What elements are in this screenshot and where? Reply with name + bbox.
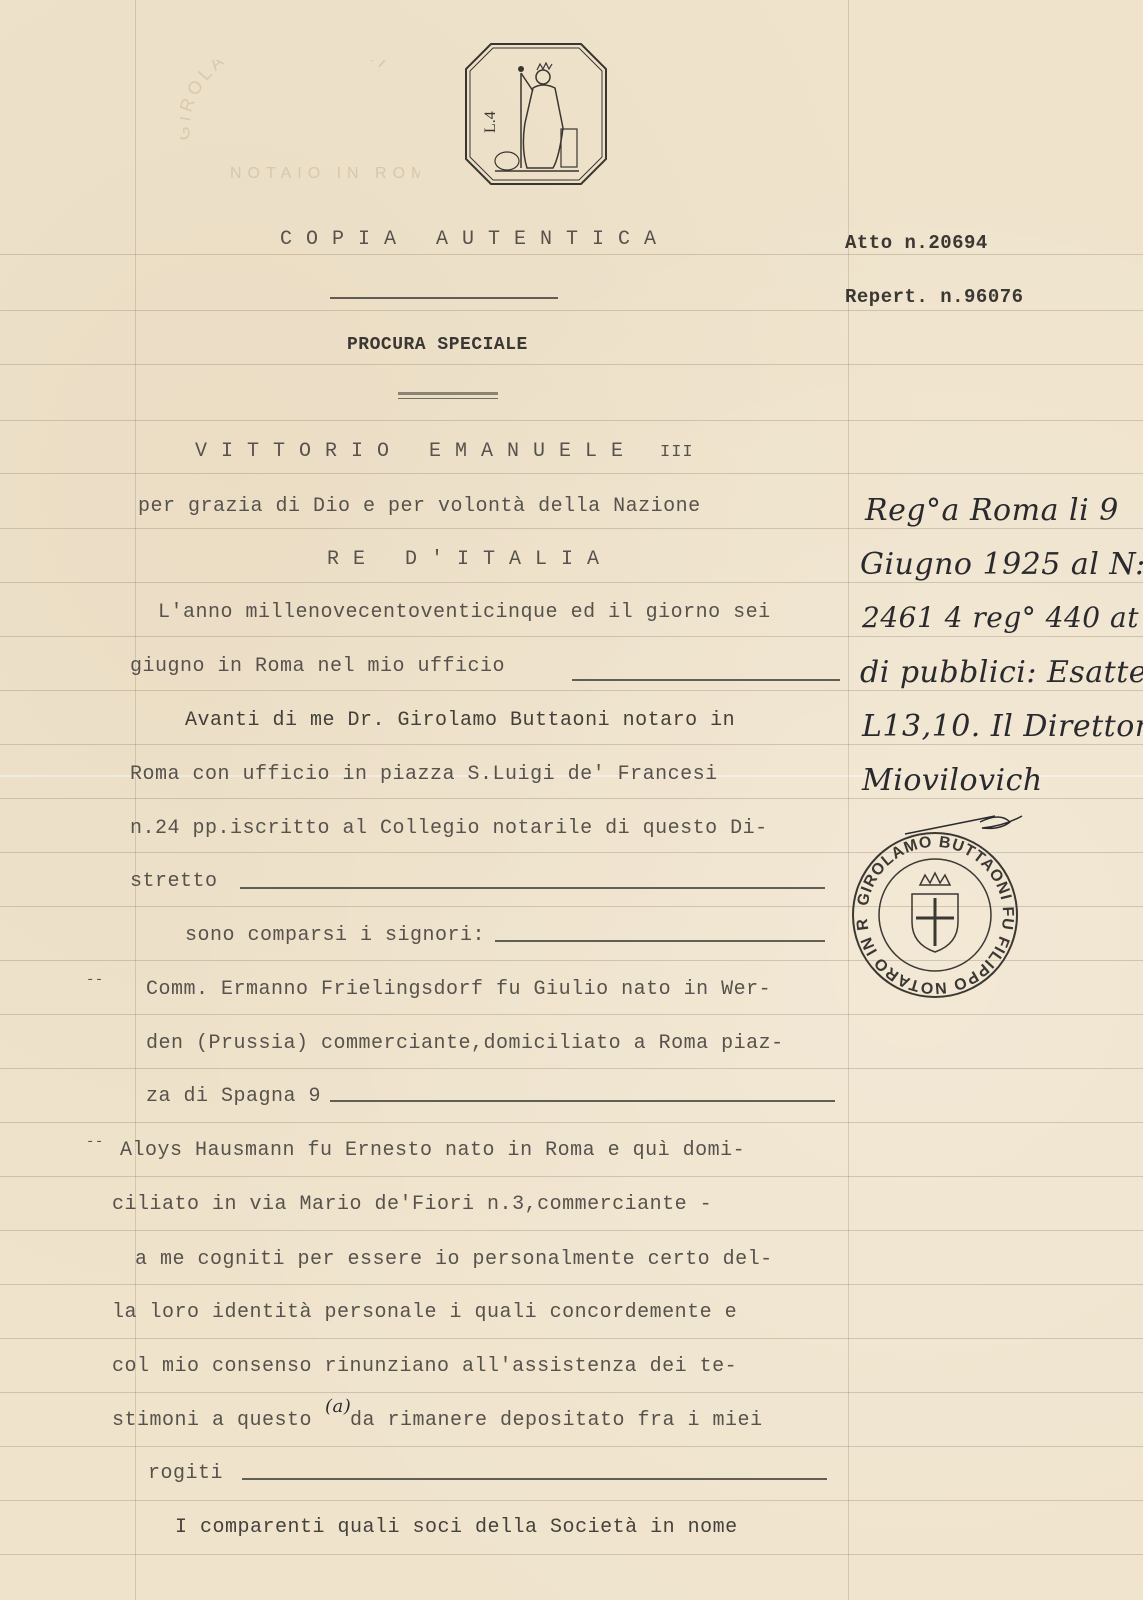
body-line: col mio consenso rinunziano all'assisten… <box>112 1355 737 1378</box>
list-marker: -- <box>86 972 104 988</box>
revenue-stamp: L.4 <box>465 43 607 190</box>
fill-line <box>242 1478 827 1480</box>
sovereign-name: VITTORIO EMANUELE <box>195 440 637 463</box>
sovereign-numeral: III <box>660 443 694 462</box>
sovereign-formula: per grazia di Dio e per volontà della Na… <box>138 495 701 518</box>
repertorio-number: Repert. n.96076 <box>845 286 1024 308</box>
document-title: COPIA AUTENTICA <box>280 228 670 251</box>
title-underline <box>330 297 558 299</box>
party-line: den (Prussia) commerciante,domiciliato a… <box>146 1032 784 1055</box>
marginal-note-line: Giugno 1925 al N: <box>860 547 1143 582</box>
body-line: sono comparsi i signori: <box>185 924 485 947</box>
notary-seal-icon: GIROLAMO BUTTAONI FU FILIPPO NOTARO IN R… <box>850 830 1020 1000</box>
subtitle-ornament <box>398 392 498 395</box>
body-line: Roma con ufficio in piazza S.Luigi de' F… <box>130 763 718 786</box>
ruled-line <box>0 1230 1143 1231</box>
ruled-line <box>0 690 1143 691</box>
party-line: Aloys Hausmann fu Ernesto nato in Roma e… <box>120 1139 745 1162</box>
atto-number: Atto n.20694 <box>845 232 988 254</box>
ruled-line <box>0 744 1143 745</box>
svg-text:NOTAIO IN ROMA: NOTAIO IN ROMA <box>230 165 420 182</box>
ruled-line <box>0 798 1143 799</box>
party-line: za di Spagna 9 <box>146 1085 321 1108</box>
ruled-line <box>0 1284 1143 1285</box>
party-line: Comm. Ermanno Frielingsdorf fu Giulio na… <box>146 978 771 1001</box>
ruled-line <box>0 636 1143 637</box>
ruled-line <box>0 528 1143 529</box>
body-line: a me cogniti per essere io personalmente… <box>135 1248 773 1271</box>
revenue-stamp-icon: L.4 <box>465 43 607 185</box>
ruled-line <box>0 1392 1143 1393</box>
ruled-line <box>0 1068 1143 1069</box>
ruled-line <box>0 582 1143 583</box>
body-line: stretto <box>130 870 218 893</box>
marginal-note-line: di pubblici: Esatte <box>860 655 1143 690</box>
document-page: GIROLAMO BUTTAONI NOTAIO IN ROMA L.4 COP… <box>0 0 1143 1600</box>
ruled-line <box>0 1176 1143 1177</box>
body-line: Avanti di me Dr. Girolamo Buttaoni notar… <box>185 709 735 732</box>
fill-line <box>495 940 825 942</box>
insertion-mark: (a) <box>325 1396 351 1417</box>
body-line: da rimanere depositato fra i miei <box>350 1409 763 1432</box>
ruled-line <box>0 1014 1143 1015</box>
sovereign-title: RE D'ITALIA <box>327 548 613 571</box>
ruled-line <box>0 420 1143 421</box>
marginal-note-line: Miovilovich <box>862 763 1043 798</box>
svg-text:GIROLAMO BUTTAONI: GIROLAMO BUTTAONI <box>180 60 394 140</box>
body-line: la loro identità personale i quali conco… <box>112 1301 737 1324</box>
ruled-line <box>0 1122 1143 1123</box>
subtitle-ornament <box>398 398 498 399</box>
marginal-note-line: L13,10. Il Direttore: <box>862 709 1143 744</box>
body-line: giugno in Roma nel mio ufficio <box>130 655 505 678</box>
fill-line <box>240 887 825 889</box>
document-subtitle: PROCURA SPECIALE <box>347 335 528 355</box>
ruled-line <box>0 364 1143 365</box>
ruled-line <box>0 1500 1143 1501</box>
ruled-line <box>0 254 1143 255</box>
fill-line <box>572 679 840 681</box>
marginal-note-line: 2461 4 reg° 440 at <box>862 601 1139 634</box>
embossed-seal-icon: GIROLAMO BUTTAONI NOTAIO IN ROMA <box>180 60 420 210</box>
ruled-line <box>0 1554 1143 1555</box>
ruled-line <box>0 1338 1143 1339</box>
body-line: I comparenti quali soci della Società in… <box>175 1516 738 1539</box>
party-line: ciliato in via Mario de'Fiori n.3,commer… <box>112 1193 712 1216</box>
ruled-line <box>0 310 1143 311</box>
body-line: L'anno millenovecentoventicinque ed il g… <box>158 601 771 624</box>
ruled-line <box>0 473 1143 474</box>
list-marker: -- <box>86 1134 104 1150</box>
marginal-note-line: Reg°a Roma li 9 <box>865 493 1119 528</box>
ruled-line <box>0 1446 1143 1447</box>
svg-text:L.4: L.4 <box>482 111 499 133</box>
body-line: rogiti <box>148 1462 223 1485</box>
body-line: stimoni a questo <box>112 1409 312 1432</box>
fill-line <box>330 1100 835 1102</box>
body-line: n.24 pp.iscritto al Collegio notarile di… <box>130 817 768 840</box>
